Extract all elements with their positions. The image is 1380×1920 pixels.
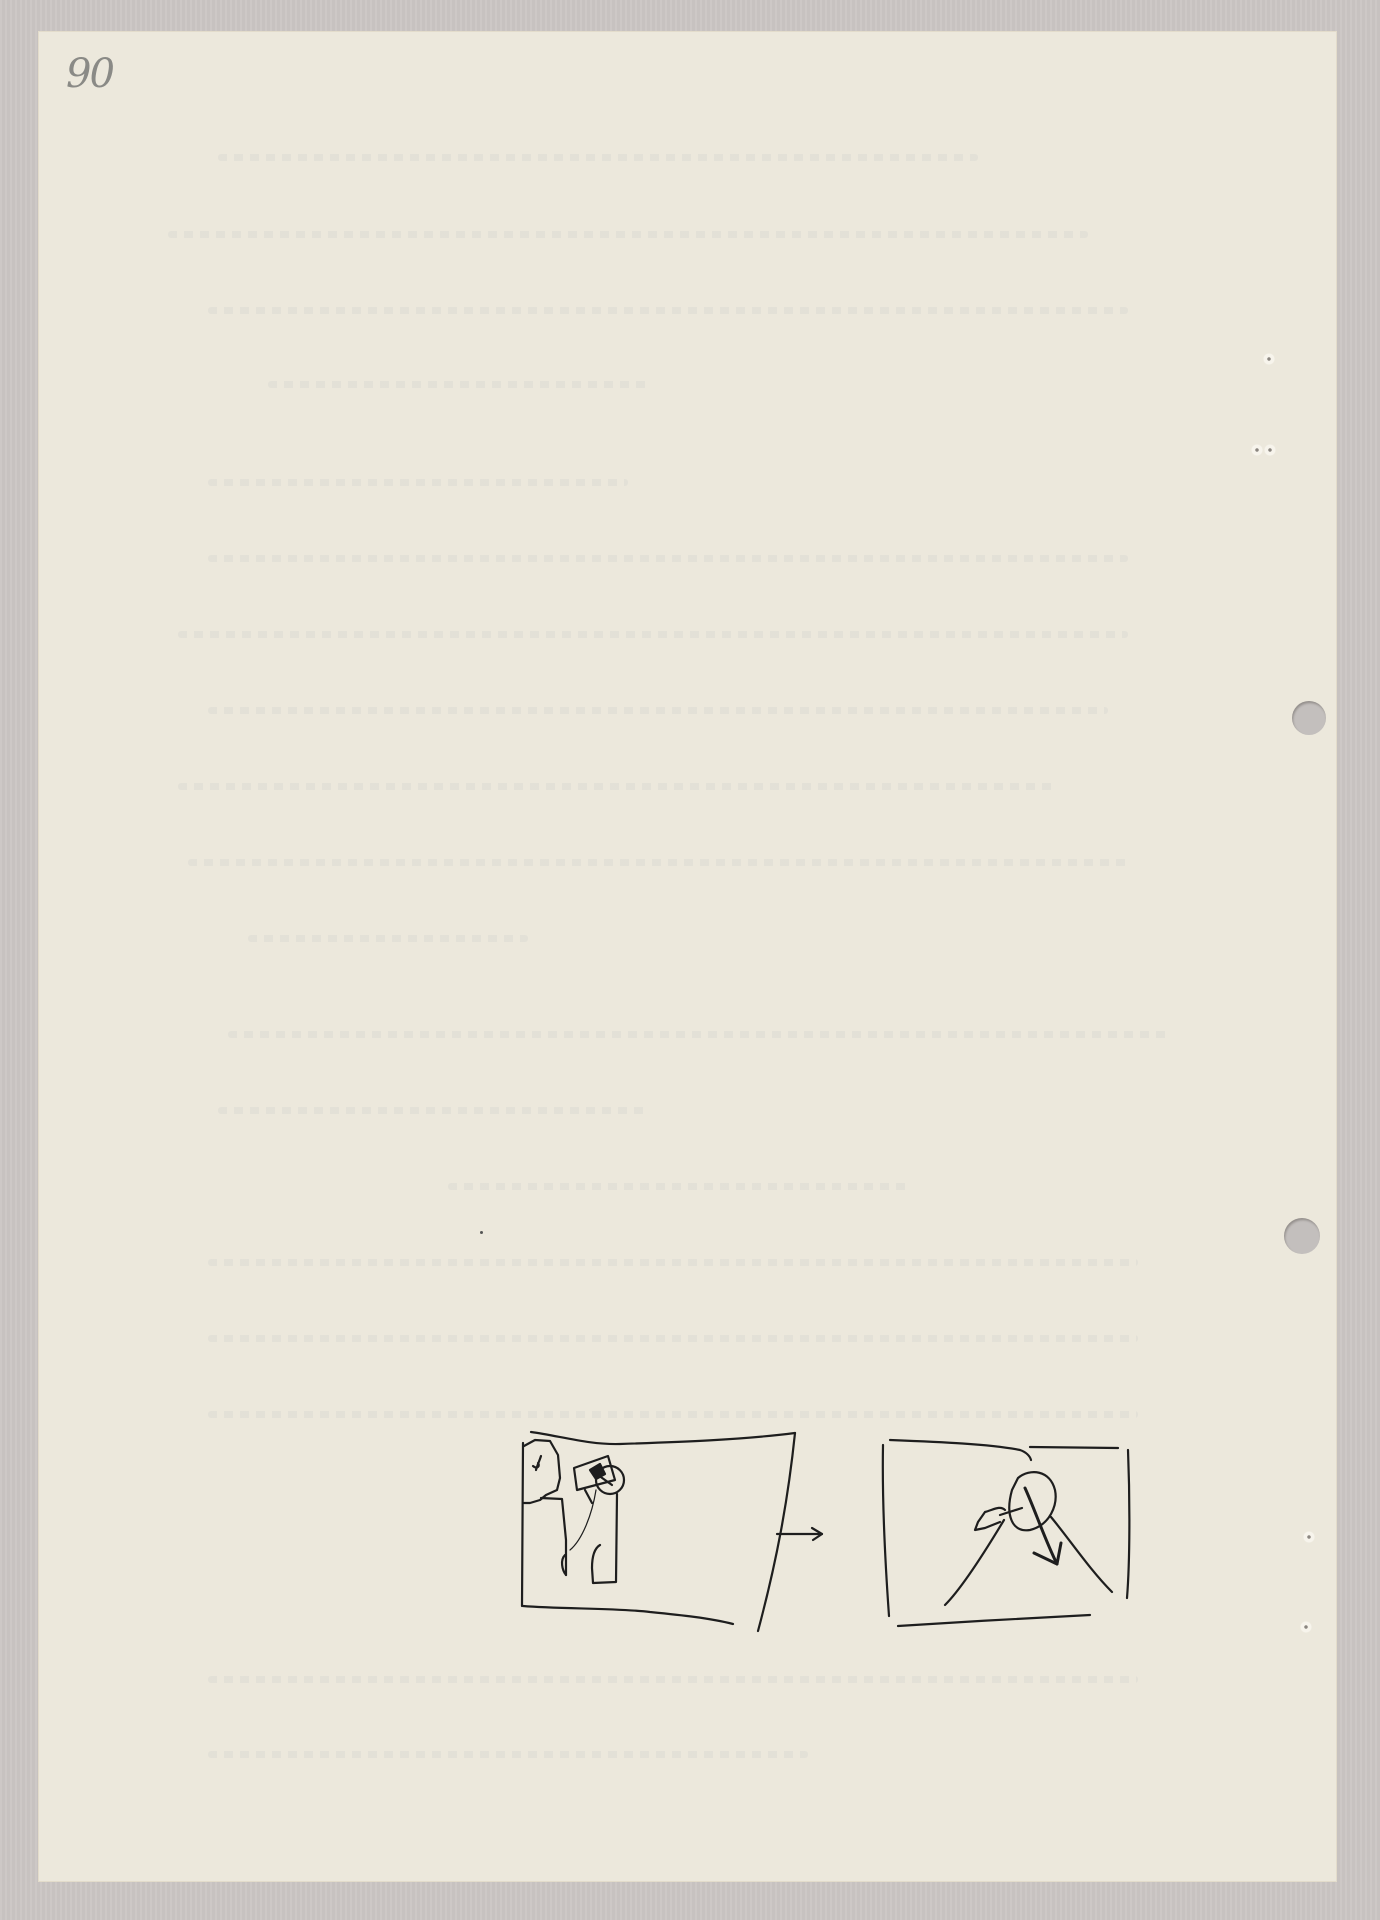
- storyboard-frame-2: [883, 1440, 1130, 1626]
- storyboard-frame-1: [522, 1432, 822, 1631]
- storyboard-sketch: [0, 0, 1380, 1920]
